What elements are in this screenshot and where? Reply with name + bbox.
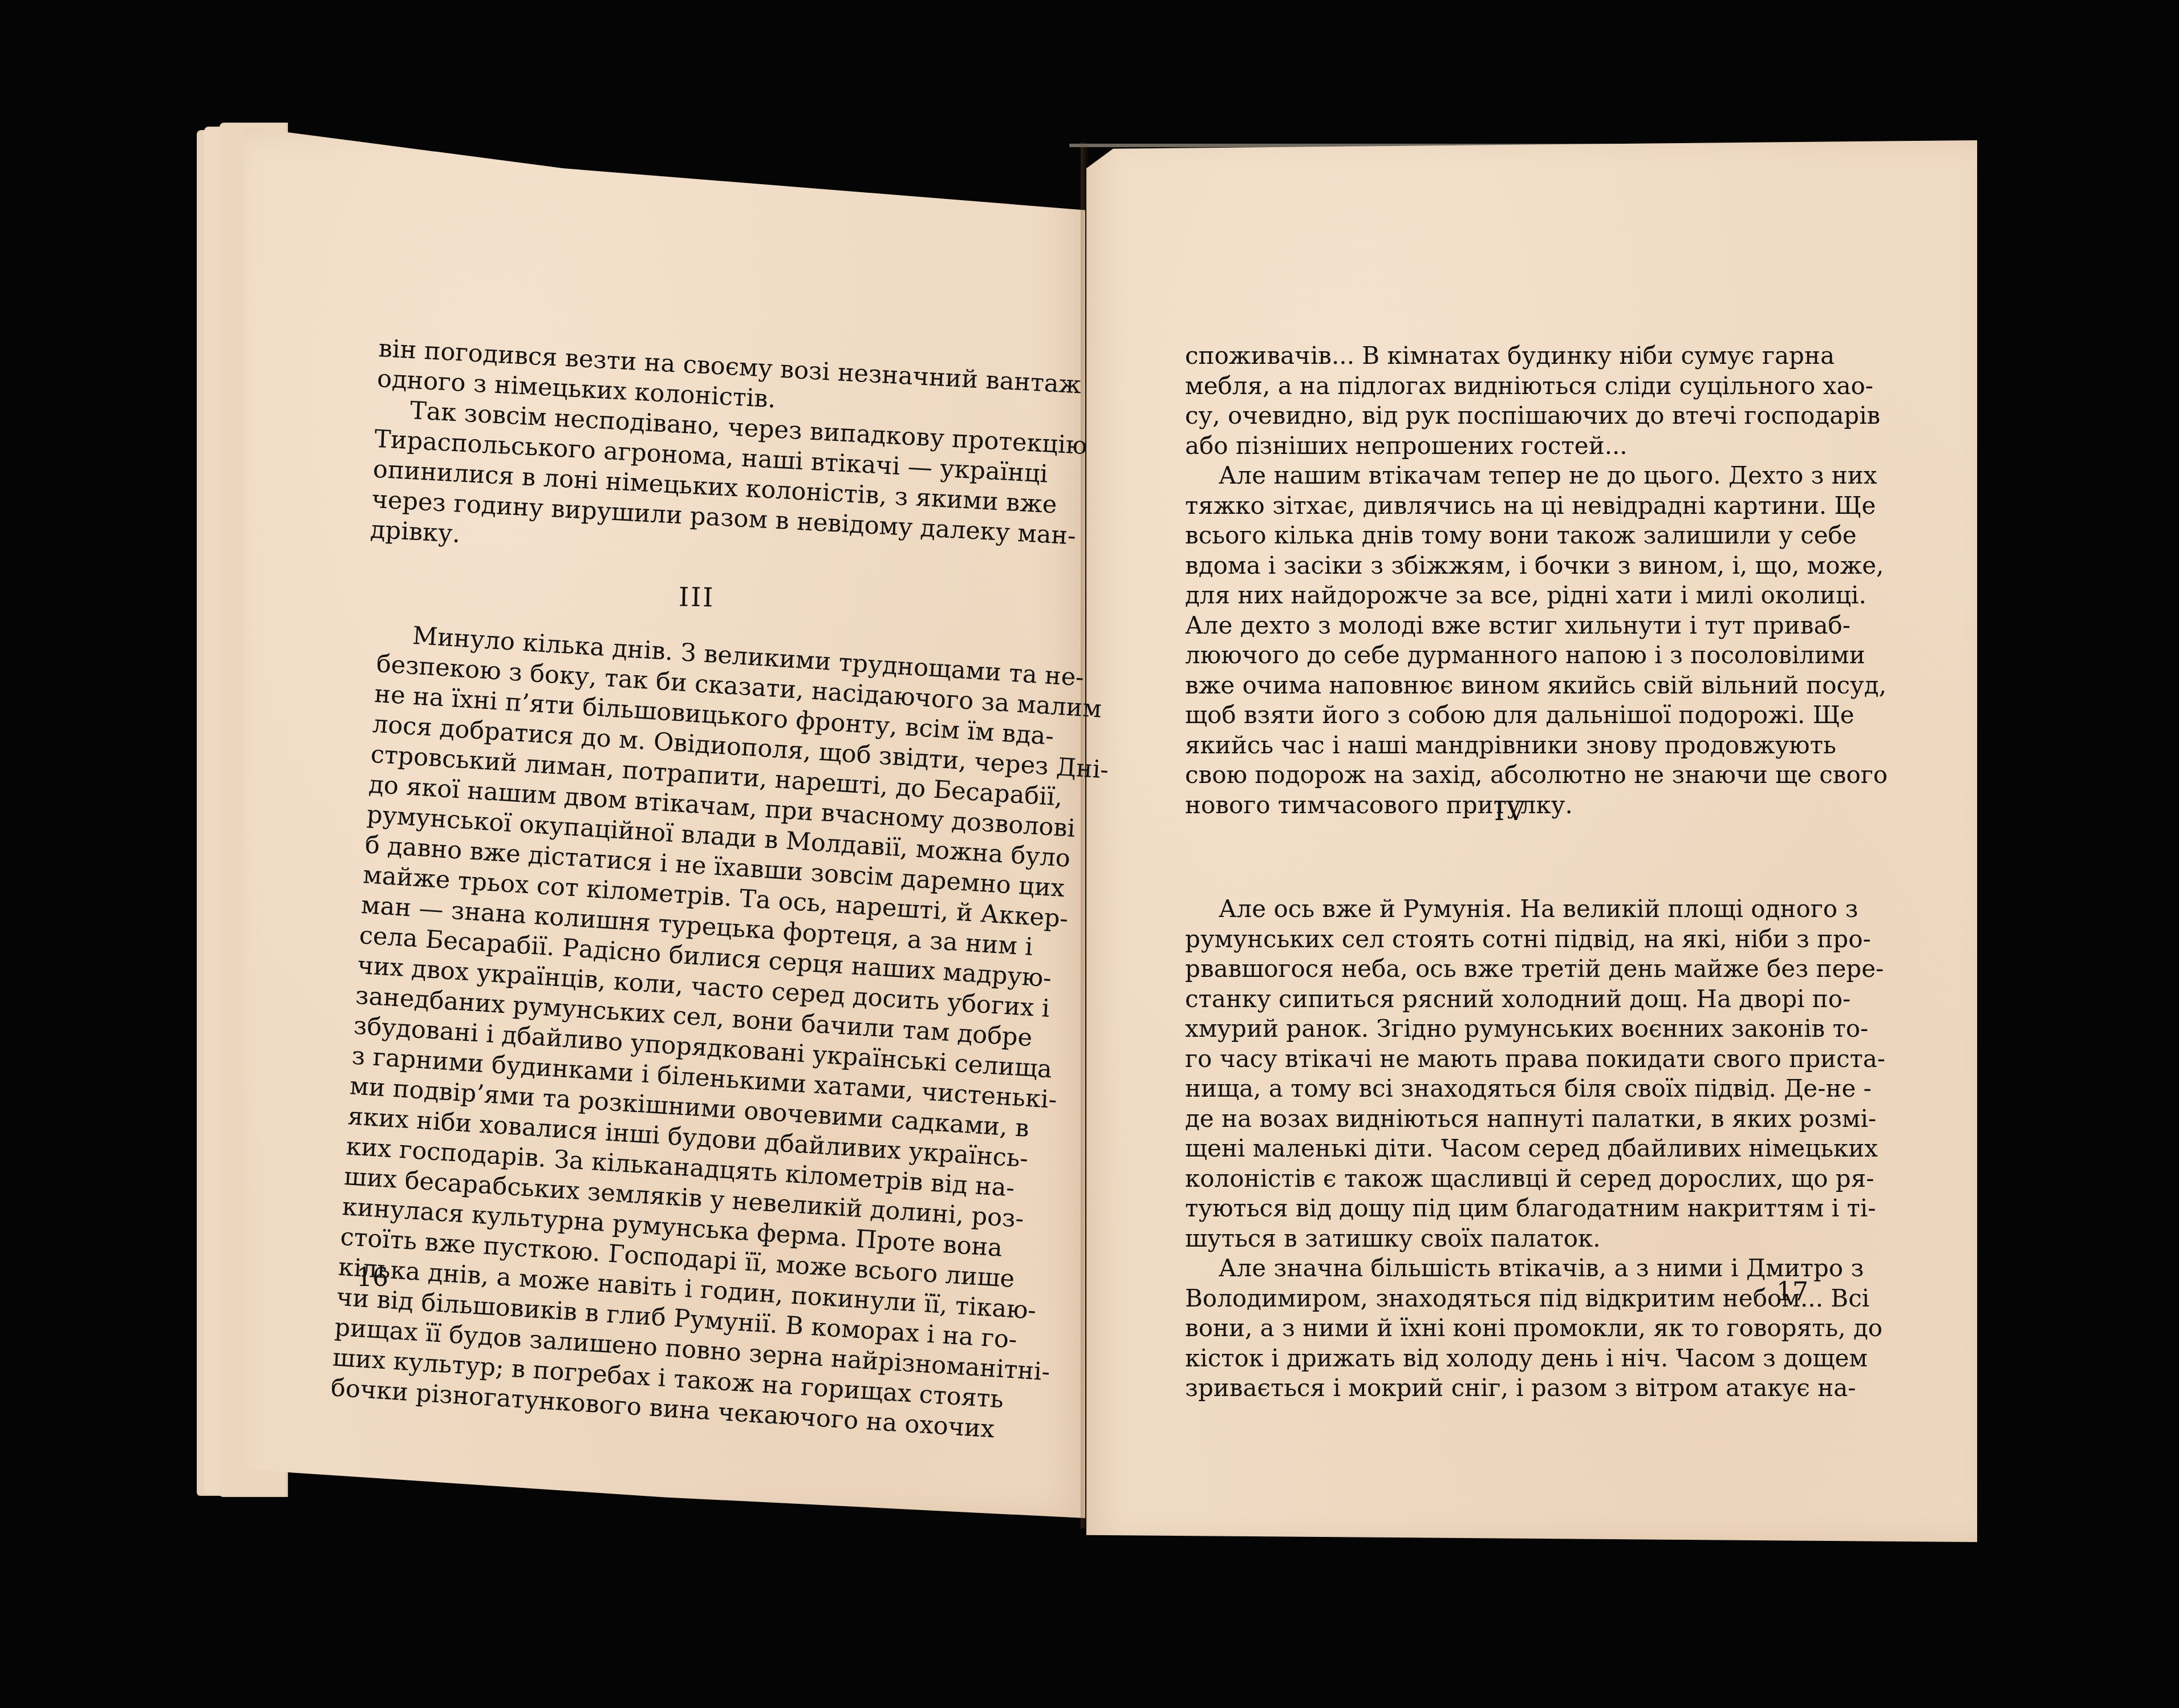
text-line: люючого до себе дурманного напою і з пос…	[1185, 640, 1801, 671]
text-line: для них найдорожче за все, рідні хати і …	[1185, 581, 1801, 611]
text-line: Але нашим втікачам тепер не до цього. Де…	[1185, 461, 1801, 491]
text-line: вже очима наповнює вином якийсь свій віл…	[1185, 671, 1801, 701]
text-line: щоб взяти його з собою для дальнішої под…	[1185, 700, 1801, 731]
text-line: мебля, а на підлогах видніються сліди су…	[1185, 371, 1801, 401]
text-line: Але дехто з молоді вже встиг хильнути і …	[1185, 611, 1801, 641]
text-line: нового тимчасового притулку.	[1185, 790, 1801, 821]
right-page-top-text: споживачів... В кімнатах будинку ніби су…	[1185, 341, 1801, 820]
text-line: всього кілька днів тому вони також залиш…	[1185, 521, 1801, 551]
text-line: Володимиром, знаходяться під відкритим н…	[1185, 1284, 1801, 1314]
spine-gutter	[1081, 143, 1089, 1528]
text-line: Але ось вже й Румунія. На великій площі …	[1185, 894, 1801, 924]
text-line: туються від дощу під цим благодатним нак…	[1185, 1194, 1801, 1224]
text-line: свою подорож на захід, абсолютно не знаю…	[1185, 760, 1801, 790]
text-line: су, очевидно, від рук поспішаючих до вте…	[1185, 401, 1801, 431]
right-page-chapter-text: Але ось вже й Румунія. На великій площі …	[1185, 894, 1801, 1403]
text-line: рвавшогося неба, ось вже третій день май…	[1185, 954, 1801, 984]
text-line: вони, а з ними й їхні коні промокли, як …	[1185, 1313, 1801, 1344]
text-line: Але значна більшість втікачів, а з ними …	[1185, 1253, 1801, 1284]
page-number-left: 16	[356, 1263, 388, 1292]
text-line: нища, а тому всі знаходяться біля своїх …	[1185, 1074, 1801, 1104]
text-line: споживачів... В кімнатах будинку ніби су…	[1185, 341, 1801, 371]
text-line: зривається і мокрий сніг, і разом з вітр…	[1185, 1373, 1801, 1403]
text-line: го часу втікачі не мають права покидати …	[1185, 1044, 1801, 1074]
left-page-chapter-text: Минуло кілька днів. З великими трудноща­…	[330, 619, 1005, 1442]
open-book: він погодився везти на своєму возі незна…	[0, 0, 2179, 1708]
text-line: тяжко зітхає, дивлячись на ці невідрадні…	[1185, 491, 1801, 521]
chapter-heading: III	[679, 581, 715, 612]
text-line: станку сипиться рясний холодний дощ. На …	[1185, 984, 1801, 1015]
text-line: вдома і засіки з збіжжям, і бочки з вино…	[1185, 551, 1801, 581]
text-line: колоністів є також щасливці й серед доро…	[1185, 1164, 1801, 1194]
text-line: щені маленькі діти. Часом серед дбайливи…	[1185, 1134, 1801, 1164]
page-number-right: 17	[1776, 1277, 1808, 1307]
text-line: де на возах видніються напнуті палатки, …	[1185, 1104, 1801, 1134]
text-line: якийсь час і наші мандрівники знову прод…	[1185, 731, 1801, 761]
text-line: або пізніших непрошених гостей...	[1185, 431, 1801, 461]
text-line: шуться в затишку своїх палаток.	[1185, 1224, 1801, 1254]
text-line: румунських сел стоять сотні підвід, на я…	[1185, 924, 1801, 955]
text-line: кісток і дрижать від холоду день і ніч. …	[1185, 1344, 1801, 1374]
chapter-heading: IV	[1494, 796, 1527, 826]
left-page-top-text: він погодився везти на своєму возі незна…	[370, 334, 1005, 578]
text-line: хмурий ранок. Згідно румунських воєнних …	[1185, 1014, 1801, 1044]
